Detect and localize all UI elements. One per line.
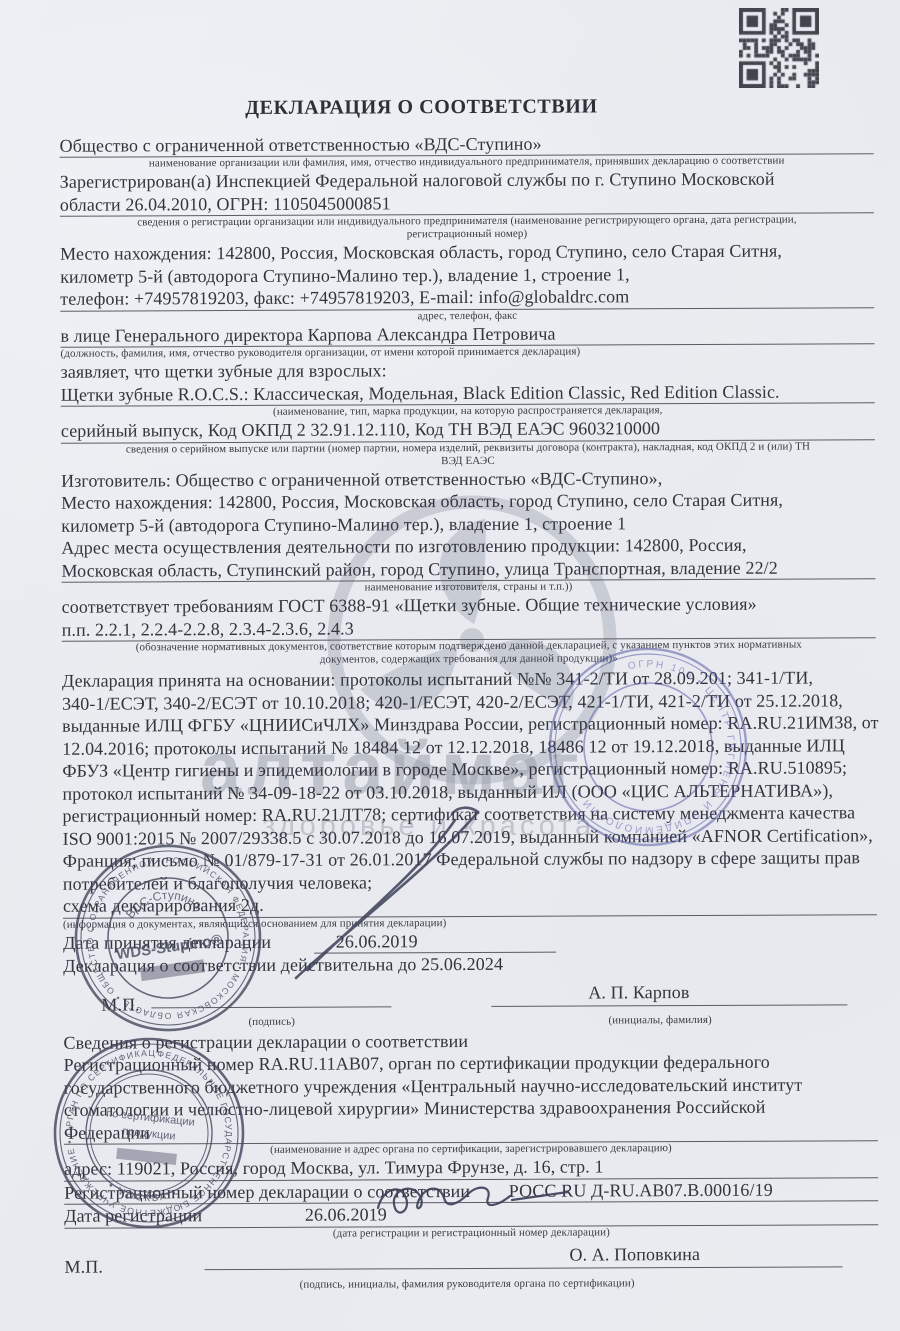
signature-line (491, 1004, 847, 1007)
signature-line (151, 1006, 391, 1008)
declarant-name: Общество с ограниченной ответственностью… (60, 131, 874, 158)
basis-line: Франция; письмо № 01/879-17-31 от 26.01.… (63, 846, 877, 872)
basis-line: ФБУЗ «Центр гигиены и эпидемиологии в го… (62, 756, 876, 782)
document-content: ДЕКЛАРАЦИЯ О СООТВЕТСТВИИ Общество с огр… (59, 94, 878, 1291)
registration-number-value: РОСС RU Д-RU.АВ07.В.00016/19 (509, 1178, 773, 1202)
registration-body-line1: Регистрационный номер RA.RU.11АВ07, орга… (64, 1050, 878, 1076)
document-title: ДЕКЛАРАЦИЯ О СООТВЕТСТВИИ (59, 95, 783, 121)
signature-note: (подпись) (248, 1010, 295, 1033)
declarant-address-line3: телефон: +74957819203, факс: +7495781920… (60, 284, 874, 311)
registrar-sign-note: (подпись, инициалы, фамилия руководителя… (300, 1272, 635, 1296)
product-name: Щетки зубные R.O.C.S.: Классическая, Мод… (61, 380, 875, 407)
adoption-date-label: Дата принятия декларации (63, 931, 271, 952)
mp-mark: М.П. (64, 1255, 103, 1278)
registration-date-label: Дата регистрации (64, 1205, 202, 1226)
declarant-director: в лице Генерального директора Карпова Ал… (60, 321, 874, 348)
registration-body-line4: Федерации (64, 1118, 878, 1145)
signature-zone-declarant: М.П. (подпись) А. П. Карпов (инициалы, ф… (63, 974, 877, 1032)
signer-name: А. П. Карпов (588, 981, 689, 1004)
signer-note: (инициалы, фамилия) (608, 1008, 711, 1031)
basis-line: регистрационный номер: RA.RU.21ЛТ78; сер… (62, 801, 876, 827)
declarant-address-line1: Место нахождения: 142800, Россия, Москов… (60, 239, 874, 265)
qr-code (739, 8, 819, 88)
registration-date-value: 26.06.2019 (305, 1203, 387, 1226)
registration-address: адрес: 119021, Россия, город Москва, ул.… (64, 1154, 878, 1181)
conformity-line2: п.п. 2.2.1, 2.2.4-2.2.8, 2.3.4-2.3.6, 2.… (62, 615, 876, 642)
registration-number-row: Регистрационный номер декларации о соотв… (64, 1178, 878, 1205)
adoption-date-row: Дата принятия декларации 26.06.2019 (63, 928, 877, 955)
signature-line (205, 1266, 843, 1270)
document-page: алтаймаг здоровье и красота ДЕКЛАРАЦИЯ О… (0, 0, 900, 1331)
conformity-line1: соответствует требованиям ГОСТ 6388-91 «… (62, 592, 876, 618)
declarant-registration-line1: Зарегистрирован(а) Инспекцией Федерально… (60, 167, 874, 193)
basis-scheme: схема декларирования 2д. (63, 891, 877, 918)
product-serial: серийный выпуск, Код ОКПД 2 32.91.12.110… (61, 416, 875, 443)
signature-zone-registrar: М.П. О. А. Поповкина (подпись, инициалы,… (64, 1238, 878, 1292)
registration-date-row: Дата регистрации 26.06.2019 (64, 1201, 878, 1228)
maker-line2: Место нахождения: 142800, Россия, Москов… (61, 488, 875, 514)
mp-mark: М.П. (101, 993, 140, 1016)
registration-number-label: Регистрационный номер декларации о соотв… (64, 1181, 470, 1203)
basis-line: выданные ИЛЦ ФГБУ «ЦНИИСиЧЛХ» Минздрава … (62, 711, 876, 737)
basis-line: Декларация принята на основании: протоко… (62, 666, 876, 692)
registrar-name: О. А. Поповкина (569, 1242, 700, 1265)
declarant-registration-line2: области 26.04.2010, ОГРН: 1105045000851 (60, 190, 874, 217)
maker-line5: Московская область, Ступинский район, го… (61, 556, 875, 583)
adoption-date-value: 26.06.2019 (314, 929, 556, 954)
registration-body-line3: стоматологии и челюстно-лицевой хирургии… (64, 1095, 878, 1121)
